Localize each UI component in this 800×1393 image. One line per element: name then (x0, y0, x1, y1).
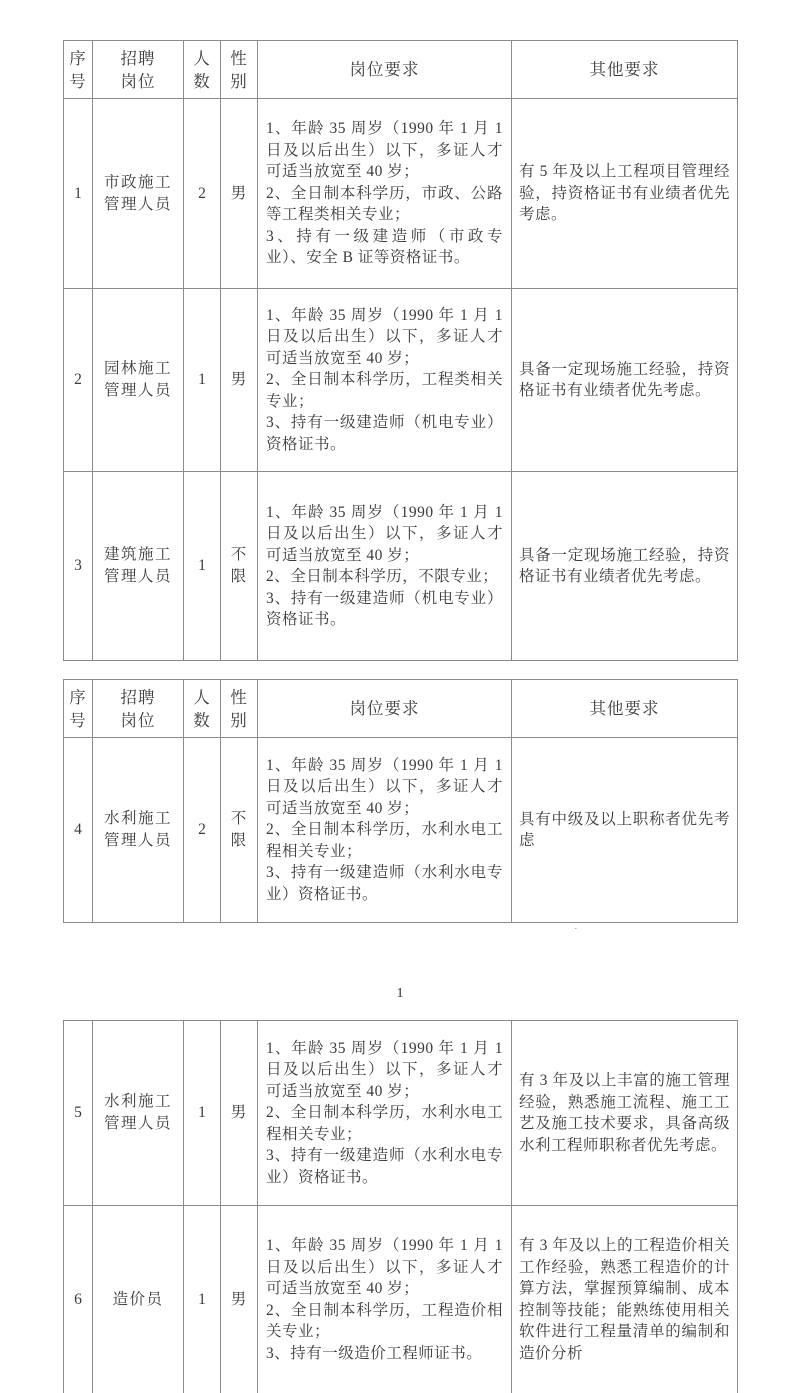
position-text: 水利施工管理人员 (93, 808, 183, 852)
cell-seq: 6 (64, 1206, 93, 1393)
gender-text: 男 (221, 1289, 257, 1311)
table-row: 5 水利施工管理人员 1 男 1、年龄 35 周岁（1990 年 1 月 1 日… (64, 1021, 738, 1206)
gender-text: 男 (221, 1102, 257, 1124)
cell-position: 造价员 (93, 1206, 184, 1393)
cell-other: 具备一定现场施工经验，持资格证书有业绩者优先考虑。 (512, 289, 738, 472)
other-text: 具备一定现场施工经验，持资格证书有业绩者优先考虑。 (512, 359, 737, 402)
other-text: 有 5 年及以上工程项目管理经验，持资格证书有业绩者优先考虑。 (512, 161, 737, 226)
recruitment-table-1: 序 号 招聘 岗位 人 数 性 别 岗位要求 其他要求 1 市政施工管理人员 2… (63, 40, 738, 661)
header-other: 其他要求 (512, 680, 738, 738)
cell-position: 市政施工管理人员 (93, 99, 184, 289)
requirement-item: 3、持有一级建造师（机电专业）资格证书。 (258, 588, 511, 631)
requirement-item: 2、全日制本科学历，市政、公路等工程类相关专业； (258, 183, 511, 226)
cell-other: 有 3 年及以上的工程造价相关工作经验，熟悉工程造价的计算方法，掌握预算编制、成… (512, 1206, 738, 1393)
requirement-item: 1、年龄 35 周岁（1990 年 1 月 1 日及以后出生）以下，多证人才可适… (258, 1235, 511, 1300)
cell-gender: 不限 (221, 738, 258, 923)
requirement-item: 3、持有一级建造师（水利水电专业）资格证书。 (258, 1145, 511, 1188)
cell-seq: 2 (64, 289, 93, 472)
cell-count: 2 (184, 738, 221, 923)
position-text: 造价员 (93, 1289, 183, 1311)
cell-requirements: 1、年龄 35 周岁（1990 年 1 月 1 日及以后出生）以下，多证人才可适… (258, 99, 512, 289)
cell-requirements: 1、年龄 35 周岁（1990 年 1 月 1 日及以后出生）以下，多证人才可适… (258, 289, 512, 472)
requirement-item: 2、全日制本科学历，不限专业； (258, 566, 511, 588)
table-header-row: 序 号 招聘 岗位 人 数 性 别 岗位要求 其他要求 (64, 680, 738, 738)
gender-text: 不限 (221, 808, 257, 852)
other-text: 具有中级及以上职称者优先考虑 (512, 809, 737, 852)
recruitment-table-2: 序 号 招聘 岗位 人 数 性 别 岗位要求 其他要求 4 水利施工管理人员 2… (63, 679, 738, 923)
requirement-item: 3、持有一级建造师（机电专业）资格证书。 (258, 412, 511, 455)
cell-count: 1 (184, 472, 221, 661)
header-count: 人 数 (184, 680, 221, 738)
cell-seq: 3 (64, 472, 93, 661)
cell-seq: 4 (64, 738, 93, 923)
table-row: 4 水利施工管理人员 2 不限 1、年龄 35 周岁（1990 年 1 月 1 … (64, 738, 738, 923)
header-seq: 序 号 (64, 680, 93, 738)
recruitment-table-3: 5 水利施工管理人员 1 男 1、年龄 35 周岁（1990 年 1 月 1 日… (63, 1020, 738, 1393)
cell-count: 2 (184, 99, 221, 289)
cell-position: 建筑施工管理人员 (93, 472, 184, 661)
gender-text: 男 (221, 183, 257, 205)
gender-text: 不限 (221, 544, 257, 588)
cell-gender: 男 (221, 1021, 258, 1206)
header-other: 其他要求 (512, 41, 738, 99)
table-row: 3 建筑施工管理人员 1 不限 1、年龄 35 周岁（1990 年 1 月 1 … (64, 472, 738, 661)
document-page: 序 号 招聘 岗位 人 数 性 别 岗位要求 其他要求 1 市政施工管理人员 2… (0, 0, 800, 1393)
cell-position: 水利施工管理人员 (93, 1021, 184, 1206)
header-position: 招聘 岗位 (93, 41, 184, 99)
requirement-item: 1、年龄 35 周岁（1990 年 1 月 1 日及以后出生）以下，多证人才可适… (258, 502, 511, 567)
cell-requirements: 1、年龄 35 周岁（1990 年 1 月 1 日及以后出生）以下，多证人才可适… (258, 1206, 512, 1393)
table-header-row: 序 号 招聘 岗位 人 数 性 别 岗位要求 其他要求 (64, 41, 738, 99)
cell-count: 1 (184, 1021, 221, 1206)
requirement-item: 1、年龄 35 周岁（1990 年 1 月 1 日及以后出生）以下，多证人才可适… (258, 1038, 511, 1103)
gender-text: 男 (221, 369, 257, 391)
requirement-item: 1、年龄 35 周岁（1990 年 1 月 1 日及以后出生）以下，多证人才可适… (258, 755, 511, 820)
cell-other: 有 5 年及以上工程项目管理经验，持资格证书有业绩者优先考虑。 (512, 99, 738, 289)
requirement-item: 2、全日制本科学历，工程造价相关专业； (258, 1300, 511, 1343)
cell-requirements: 1、年龄 35 周岁（1990 年 1 月 1 日及以后出生）以下，多证人才可适… (258, 738, 512, 923)
requirement-item: 2、全日制本科学历，水利水电工程相关专业； (258, 819, 511, 862)
stray-mark: · (574, 924, 578, 934)
cell-requirements: 1、年龄 35 周岁（1990 年 1 月 1 日及以后出生）以下，多证人才可适… (258, 472, 512, 661)
cell-gender: 男 (221, 289, 258, 472)
header-count: 人 数 (184, 41, 221, 99)
cell-requirements: 1、年龄 35 周岁（1990 年 1 月 1 日及以后出生）以下，多证人才可适… (258, 1021, 512, 1206)
cell-other: 有 3 年及以上丰富的施工管理经验，熟悉施工流程、施工工艺及施工技术要求，具备高… (512, 1021, 738, 1206)
position-text: 水利施工管理人员 (93, 1091, 183, 1135)
table-row: 2 园林施工管理人员 1 男 1、年龄 35 周岁（1990 年 1 月 1 日… (64, 289, 738, 472)
cell-seq: 5 (64, 1021, 93, 1206)
cell-gender: 男 (221, 99, 258, 289)
requirement-item: 1、年龄 35 周岁（1990 年 1 月 1 日及以后出生）以下，多证人才可适… (258, 118, 511, 183)
requirement-item: 1、年龄 35 周岁（1990 年 1 月 1 日及以后出生）以下，多证人才可适… (258, 305, 511, 370)
header-position: 招聘 岗位 (93, 680, 184, 738)
requirement-item: 3、持有一级建造师（市政专业）、安全 B 证等资格证书。 (258, 226, 511, 269)
header-gender: 性 别 (221, 41, 258, 99)
other-text: 有 3 年及以上的工程造价相关工作经验，熟悉工程造价的计算方法，掌握预算编制、成… (512, 1235, 737, 1364)
requirement-item: 2、全日制本科学历，工程类相关专业； (258, 369, 511, 412)
cell-position: 园林施工管理人员 (93, 289, 184, 472)
other-text: 有 3 年及以上丰富的施工管理经验，熟悉施工流程、施工工艺及施工技术要求，具备高… (512, 1070, 737, 1156)
cell-other: 具备一定现场施工经验，持资格证书有业绩者优先考虑。 (512, 472, 738, 661)
header-gender: 性 别 (221, 680, 258, 738)
position-text: 建筑施工管理人员 (93, 544, 183, 588)
cell-position: 水利施工管理人员 (93, 738, 184, 923)
table-row: 1 市政施工管理人员 2 男 1、年龄 35 周岁（1990 年 1 月 1 日… (64, 99, 738, 289)
cell-count: 1 (184, 1206, 221, 1393)
table-row: 6 造价员 1 男 1、年龄 35 周岁（1990 年 1 月 1 日及以后出生… (64, 1206, 738, 1393)
cell-other: 具有中级及以上职称者优先考虑 (512, 738, 738, 923)
requirement-item: 3、持有一级造价工程师证书。 (258, 1343, 511, 1365)
cell-seq: 1 (64, 99, 93, 289)
cell-gender: 不限 (221, 472, 258, 661)
header-requirements: 岗位要求 (258, 41, 512, 99)
cell-count: 1 (184, 289, 221, 472)
other-text: 具备一定现场施工经验，持资格证书有业绩者优先考虑。 (512, 545, 737, 588)
requirement-item: 3、持有一级建造师（水利水电专业）资格证书。 (258, 862, 511, 905)
position-text: 市政施工管理人员 (93, 172, 183, 216)
position-text: 园林施工管理人员 (93, 358, 183, 402)
cell-gender: 男 (221, 1206, 258, 1393)
header-requirements: 岗位要求 (258, 680, 512, 738)
requirement-item: 2、全日制本科学历，水利水电工程相关专业； (258, 1102, 511, 1145)
page-number: 1 (0, 986, 800, 1002)
header-seq: 序 号 (64, 41, 93, 99)
